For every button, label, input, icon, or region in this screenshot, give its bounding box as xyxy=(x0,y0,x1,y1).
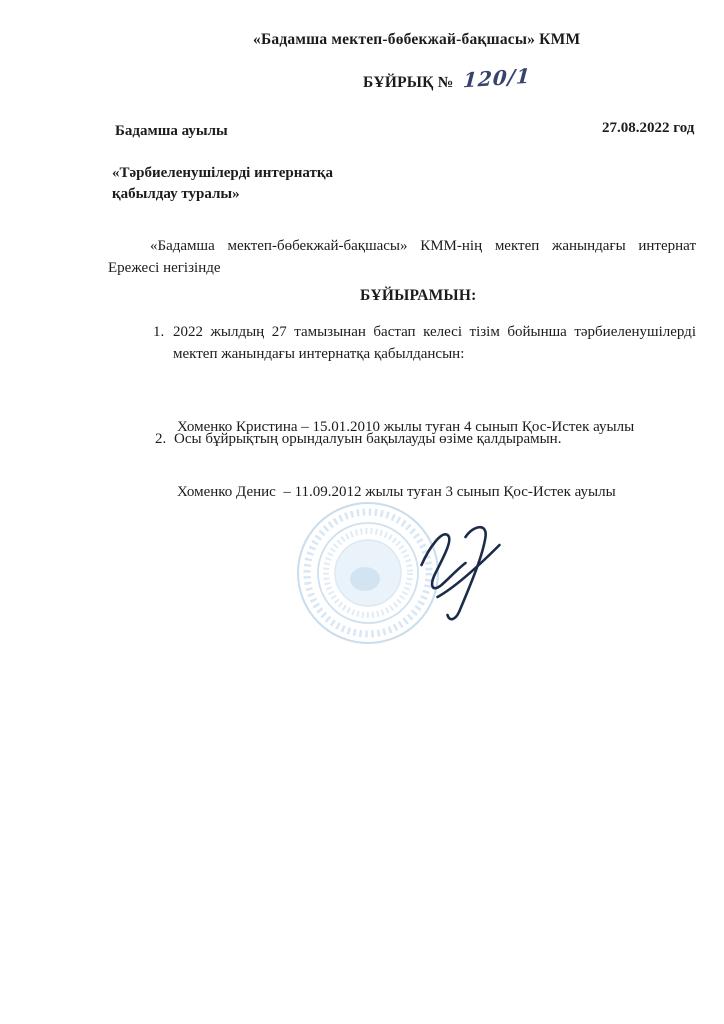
list-item-number: 1. xyxy=(153,322,164,342)
org-name: «Бадамша мектеп-бөбекжай-бақшасы» КММ xyxy=(253,30,580,50)
subject-line: қабылдау туралы» xyxy=(112,184,333,205)
list-item-text: 2022 жылдың 27 тамызынан бастап келесі т… xyxy=(173,322,696,342)
signature-ink xyxy=(405,523,510,623)
order-title: БҰЙРЫҚ №120/1 xyxy=(363,70,531,93)
resolution-heading: БҰЙЫРАМЫН: xyxy=(360,286,476,306)
document-page: «Бадамша мектеп-бөбекжай-бақшасы» КММ БҰ… xyxy=(0,0,724,1024)
list-item-number: 2. xyxy=(155,429,166,449)
subject-line: «Тәрбиеленушілерді интернатқа xyxy=(112,163,333,184)
list-item-text: Осы бұйрықтың орындалуын бақылауды өзіме… xyxy=(174,429,561,449)
preamble-line: Ережесі негізінде xyxy=(108,258,221,278)
order-date: 27.08.2022 год xyxy=(602,118,694,138)
order-subject: «Тәрбиеленушілерді интернатқа қабылдау т… xyxy=(112,163,333,204)
place-name: Бадамша ауылы xyxy=(115,121,228,141)
order-number-handwritten: 120/1 xyxy=(463,66,532,91)
preamble-line: «Бадамша мектеп-бөбекжай-бақшасы» КММ-ні… xyxy=(108,236,696,256)
order-label: БҰЙРЫҚ № xyxy=(363,74,453,91)
list-item-text: мектеп жанындағы интернатқа қабылдансын: xyxy=(173,344,464,364)
